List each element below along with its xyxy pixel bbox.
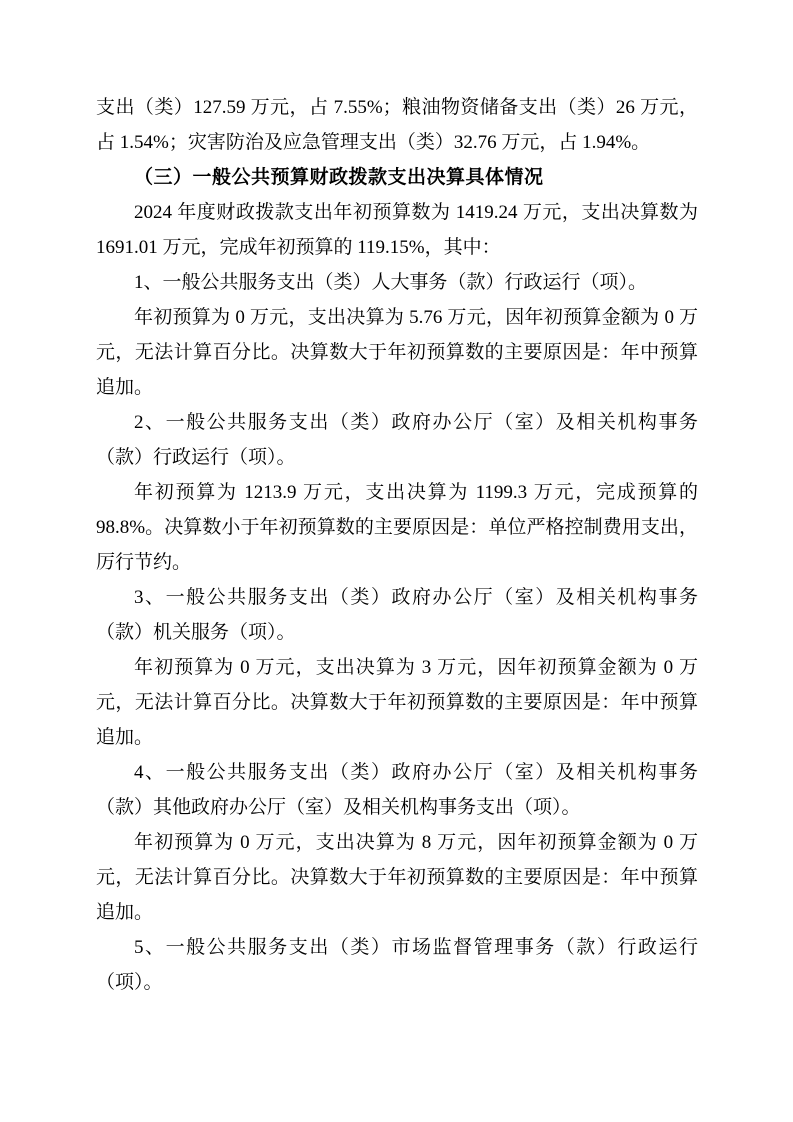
item-1-title: 1、一般公共服务支出（类）人大事务（款）行政运行（项）。 — [96, 265, 698, 300]
item-2-title: 2、一般公共服务支出（类）政府办公厅（室）及相关机构事务（款）行政运行（项）。 — [96, 405, 698, 475]
item-2-detail: 年初预算为 1213.9 万元，支出决算为 1199.3 万元，完成预算的 98… — [96, 475, 698, 580]
document-content: 支出（类）127.59 万元，占 7.55%；粮油物资储备支出（类）26 万元，… — [96, 90, 698, 1000]
item-4-detail: 年初预算为 0 万元，支出决算为 8 万元，因年初预算金额为 0 万元，无法计算… — [96, 825, 698, 930]
item-3-title: 3、一般公共服务支出（类）政府办公厅（室）及相关机构事务（款）机关服务（项）。 — [96, 580, 698, 650]
document-page: 支出（类）127.59 万元，占 7.55%；粮油物资储备支出（类）26 万元，… — [0, 0, 793, 1122]
item-1-detail: 年初预算为 0 万元，支出决算为 5.76 万元，因年初预算金额为 0 万元，无… — [96, 300, 698, 405]
paragraph-functional-expenditure-continuation: 支出（类）127.59 万元，占 7.55%；粮油物资储备支出（类）26 万元，… — [96, 90, 698, 160]
paragraph-2024-budget-summary: 2024 年度财政拨款支出年初预算数为 1419.24 万元，支出决算数为 16… — [96, 195, 698, 265]
item-5-title: 5、一般公共服务支出（类）市场监督管理事务（款）行政运行（项）。 — [96, 930, 698, 1000]
item-3-detail: 年初预算为 0 万元，支出决算为 3 万元，因年初预算金额为 0 万元，无法计算… — [96, 650, 698, 755]
item-4-title: 4、一般公共服务支出（类）政府办公厅（室）及相关机构事务（款）其他政府办公厅（室… — [96, 755, 698, 825]
section-heading-3-fiscal-appropriation-expenditure-details: （三）一般公共预算财政拨款支出决算具体情况 — [96, 160, 698, 195]
